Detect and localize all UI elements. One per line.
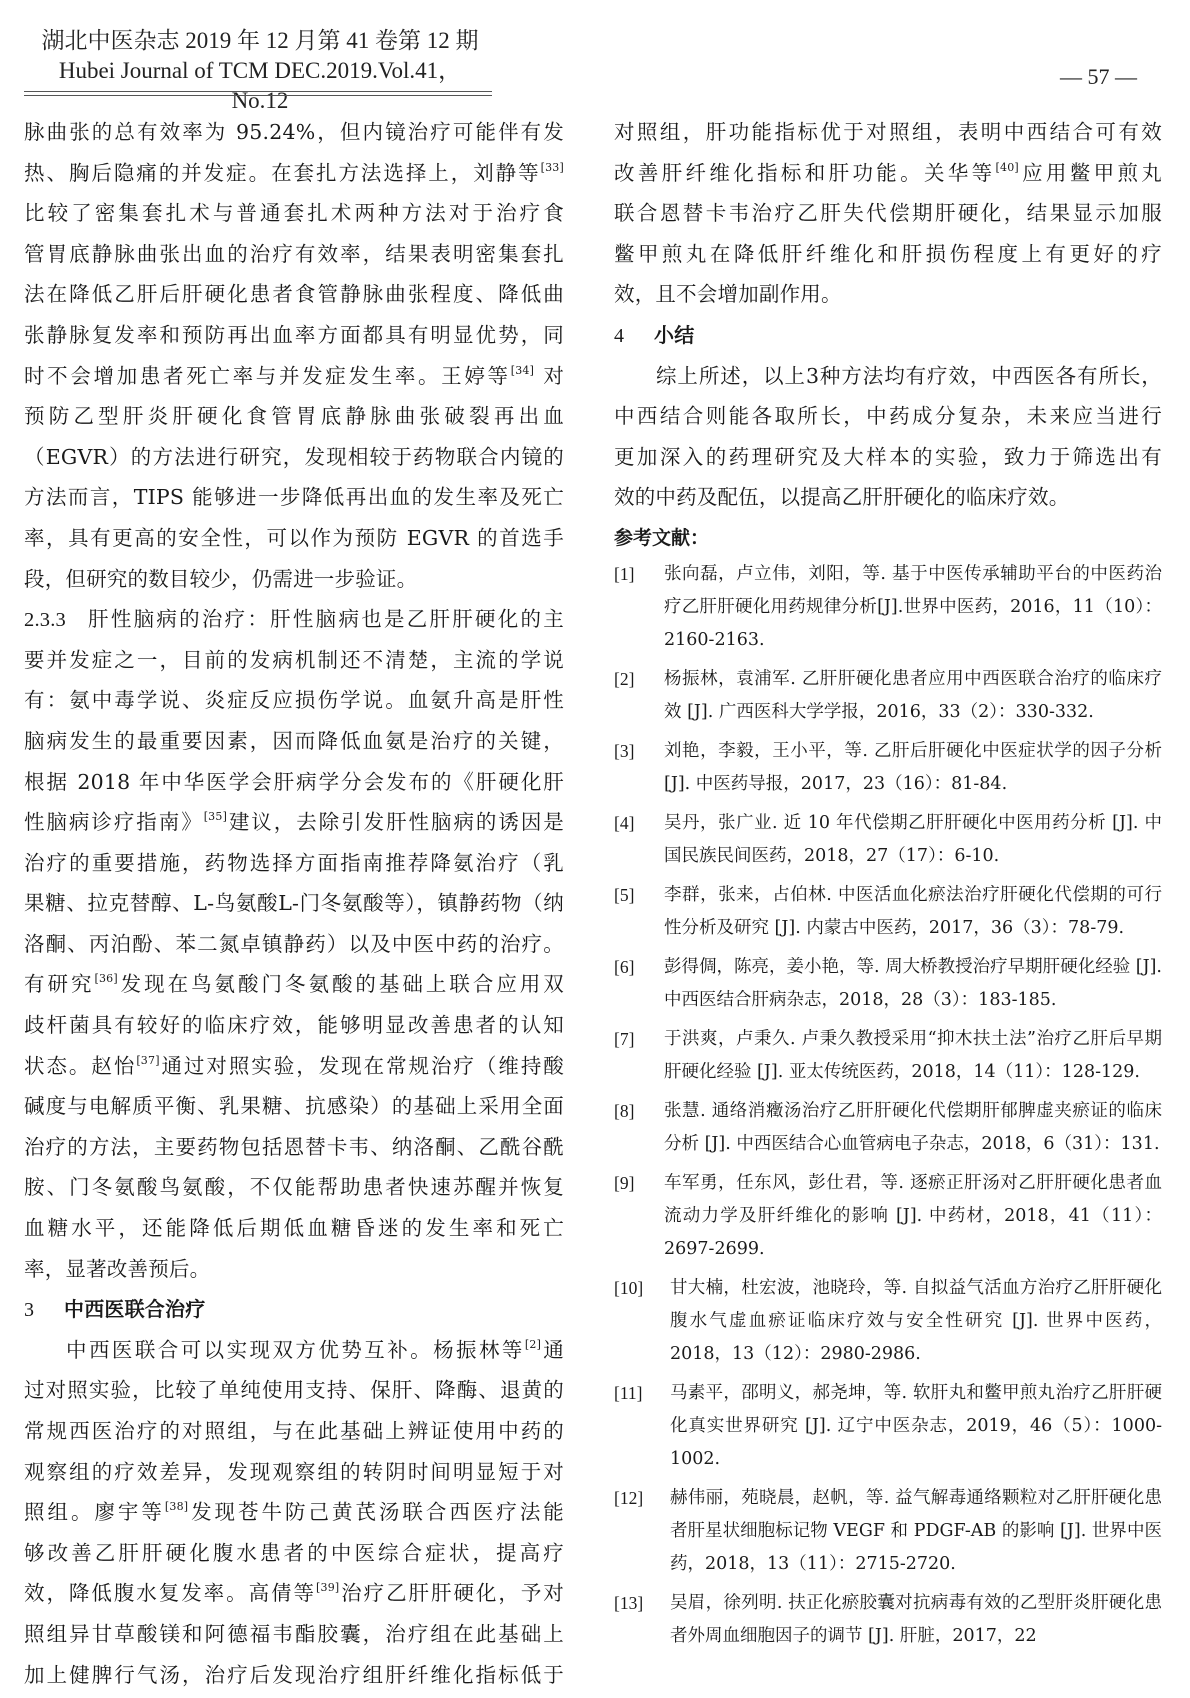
reference-item: [1]张向磊，卢立伟，刘阳，等. 基于中医传承辅助平台的中医药治疗乙肝肝硬化用药…	[614, 558, 1162, 657]
text-line: 过对照实验，比较了单纯使用支持、保肝、降酶、退黄的	[24, 1370, 564, 1411]
text-line: 方法而言，TIPS 能够进一步降低再出血的发生率及死亡	[24, 477, 564, 518]
text-line: 效的中药及配伍，以提高乙肝肝硬化的临床疗效。	[614, 477, 1162, 518]
text-line: 更加深入的药理研究及大样本的实验，致力于筛选出有	[614, 437, 1162, 478]
text-line: 段，但研究的数目较少，仍需进一步验证。	[24, 559, 564, 600]
text-line: 率，显著改善预后。	[24, 1249, 564, 1290]
reference-item: [4]吴丹，张广业. 近 10 年代偿期乙肝肝硬化中医用药分析 [J]. 中国民…	[614, 807, 1162, 873]
citation[interactable]: [36]	[94, 972, 117, 985]
text-line: 血糖水平，还能降低后期低血糖昏迷的发生率和死亡	[24, 1208, 564, 1249]
journal-title-en: Hubei Journal of TCM DEC.2019.Vol.41，No.…	[40, 56, 480, 116]
text-line: 热、胸后隐痛的并发症。在套扎方法选择上，刘静等[33]	[24, 153, 564, 194]
text-line: 照组。廖宇等[38]发现苍牛防己黄芪汤联合西医疗法能	[24, 1492, 564, 1533]
text-line: （EGVR）的方法进行研究，发现相较于药物联合内镜的	[24, 437, 564, 478]
page-number: — 57 —	[1060, 64, 1137, 90]
text-line: 脑病发生的最重要因素，因而降低血氨是治疗的关键，	[24, 721, 564, 762]
reference-item: [13]吴眉，徐列明. 扶正化瘀胶囊对抗病毒有效的乙型肝炎肝硬化患者外周血细胞因…	[614, 1587, 1162, 1653]
subsection-heading-2-3-3: 2.3.3肝性脑病的治疗：肝性脑病也是乙肝肝硬化的主	[24, 599, 564, 640]
citation[interactable]: [37]	[136, 1054, 159, 1067]
reference-item: [5]李群，张来，占伯林. 中医活血化瘀法治疗肝硬化代偿期的可行性分析及研究 […	[614, 879, 1162, 945]
journal-title-cn: 湖北中医杂志 2019 年 12 月第 41 卷第 12 期	[40, 26, 480, 56]
text-line: 够改善乙肝肝硬化腹水患者的中医综合症状，提高疗	[24, 1533, 564, 1574]
reference-item: [2]杨振林，袁浦军. 乙肝肝硬化患者应用中西医联合治疗的临床疗效 [J]. 广…	[614, 663, 1162, 729]
text-line: 联合恩替卡韦治疗乙肝失代偿期肝硬化，结果显示加服	[614, 193, 1162, 234]
citation[interactable]: [38]	[165, 1500, 188, 1513]
text-line: 比较了密集套扎术与普通套扎术两种方法对于治疗食	[24, 193, 564, 234]
text-line: 预防乙型肝炎肝硬化食管胃底静脉曲张破裂再出血	[24, 396, 564, 437]
header-rule-bottom	[24, 95, 492, 96]
text-line: 管胃底静脉曲张出血的治疗有效率，结果表明密集套扎	[24, 234, 564, 275]
text-line: 效，降低腹水复发率。高倩等[39]治疗乙肝肝硬化，予对	[24, 1573, 564, 1614]
text-line: 法在降低乙肝后肝硬化患者食管静脉曲张程度、降低曲	[24, 274, 564, 315]
reference-item: [7]于洪爽，卢秉久. 卢秉久教授采用“抑木扶土法”治疗乙肝后早期肝硬化经验 […	[614, 1023, 1162, 1089]
text-line: 综上所述，以上3种方法均有疗效，中西医各有所长，	[614, 356, 1162, 397]
citation[interactable]: [2]	[525, 1338, 541, 1351]
right-column: 对照组，肝功能指标优于对照组，表明中西结合可有效 改善肝纤维化指标和肝功能。关华…	[614, 112, 1162, 1659]
text-line: 改善肝纤维化指标和肝功能。关华等[40]应用鳖甲煎丸	[614, 153, 1162, 194]
text-line: 治疗的方法，主要药物包括恩替卡韦、纳洛酮、乙酰谷酰	[24, 1127, 564, 1168]
text-line: 效，且不会增加副作用。	[614, 274, 1162, 315]
text-line: 状态。赵怡[37]通过对照实验，发现在常规治疗（维持酸	[24, 1046, 564, 1087]
text-line: 张静脉复发率和预防再出血率方面都具有明显优势，同	[24, 315, 564, 356]
reference-item: [11]马素平，邵明义，郝尧坤，等. 软肝丸和鳖甲煎丸治疗乙肝肝硬化真实世界研究…	[614, 1377, 1162, 1476]
text-line: 有研究[36]发现在鸟氨酸门冬氨酸的基础上联合应用双	[24, 964, 564, 1005]
text-line: 胺、门冬氨酸鸟氨酸，不仅能帮助患者快速苏醒并恢复	[24, 1167, 564, 1208]
text-line: 观察组的疗效差异，发现观察组的转阴时间明显短于对	[24, 1452, 564, 1493]
header-rule-top	[24, 91, 492, 92]
text-line: 果糖、拉克替醇、L-鸟氨酸L-门冬氨酸等），镇静药物（纳	[24, 883, 564, 924]
reference-item: [10]甘大楠，杜宏波，池晓玲，等. 自拟益气活血方治疗乙肝肝硬化腹水气虚血瘀证…	[614, 1272, 1162, 1371]
text-line: 加上健脾行气汤，治疗后发现治疗组肝纤维化指标低于	[24, 1655, 564, 1696]
reference-item: [12]赫伟丽，苑晓晨，赵帆，等. 益气解毒通络颗粒对乙肝肝硬化患者肝星状细胞标…	[614, 1482, 1162, 1581]
citation[interactable]: [39]	[316, 1581, 339, 1594]
reference-item: [9]车军勇，任东风，彭仕君，等. 逐瘀正肝汤对乙肝肝硬化患者血流动力学及肝纤维…	[614, 1167, 1162, 1266]
reference-item: [6]彭得倜，陈亮，姜小艳，等. 周大桥教授治疗早期肝硬化经验 [J]. 中西医…	[614, 951, 1162, 1017]
citation[interactable]: [34]	[511, 364, 534, 377]
text-line: 时不会增加患者死亡率与并发症发生率。王婷等[34] 对	[24, 356, 564, 397]
text-line: 中西结合则能各取所长，中药成分复杂，未来应当进行	[614, 396, 1162, 437]
reference-item: [8]张慧. 通络消癥汤治疗乙肝肝硬化代偿期肝郁脾虚夹瘀证的临床分析 [J]. …	[614, 1095, 1162, 1161]
journal-header: 湖北中医杂志 2019 年 12 月第 41 卷第 12 期 Hubei Jou…	[40, 26, 480, 116]
text-line: 歧杆菌具有较好的临床疗效，能够明显改善患者的认知	[24, 1005, 564, 1046]
text-line: 有：氨中毒学说、炎症反应损伤学说。血氨升高是肝性	[24, 680, 564, 721]
text-line: 脉曲张的总有效率为 95.24%，但内镜治疗可能伴有发	[24, 112, 564, 153]
reference-list: [1]张向磊，卢立伟，刘阳，等. 基于中医传承辅助平台的中医药治疗乙肝肝硬化用药…	[614, 558, 1162, 1653]
text-line: 要并发症之一，目前的发病机制还不清楚，主流的学说	[24, 640, 564, 681]
text-line: 中西医联合可以实现双方优势互补。杨振林等[2]通	[24, 1330, 564, 1371]
left-column: 脉曲张的总有效率为 95.24%，但内镜治疗可能伴有发 热、胸后隐痛的并发症。在…	[24, 112, 564, 1695]
citation[interactable]: [33]	[541, 161, 564, 174]
references-heading: 参考文献：	[614, 518, 1162, 558]
text-line: 碱度与电解质平衡、乳果糖、抗感染）的基础上采用全面	[24, 1086, 564, 1127]
text-line: 治疗的重要措施，药物选择方面指南推荐降氨治疗（乳	[24, 843, 564, 884]
text-line: 常规西医治疗的对照组，与在此基础上辨证使用中药的	[24, 1411, 564, 1452]
text-line: 鳖甲煎丸在降低肝纤维化和肝损伤程度上有更好的疗	[614, 234, 1162, 275]
text-line: 照组异甘草酸镁和阿德福韦酯胶囊，治疗组在此基础上	[24, 1614, 564, 1655]
text-line: 洛酮、丙泊酚、苯二氮卓镇静药）以及中医中药的治疗。	[24, 924, 564, 965]
section-heading-4: 4小结	[614, 315, 1162, 356]
citation[interactable]: [35]	[204, 810, 227, 823]
text-line: 率，具有更高的安全性，可以作为预防 EGVR 的首选手	[24, 518, 564, 559]
text-line: 根据 2018 年中华医学会肝病学分会发布的《肝硬化肝	[24, 762, 564, 803]
text-line: 性脑病诊疗指南》[35]建议，去除引发肝性脑病的诱因是	[24, 802, 564, 843]
reference-item: [3]刘艳，李毅，王小平，等. 乙肝后肝硬化中医症状学的因子分析 [J]. 中医…	[614, 735, 1162, 801]
section-heading-3: 3中西医联合治疗	[24, 1289, 564, 1330]
text-line: 对照组，肝功能指标优于对照组，表明中西结合可有效	[614, 112, 1162, 153]
citation[interactable]: [40]	[996, 161, 1019, 174]
